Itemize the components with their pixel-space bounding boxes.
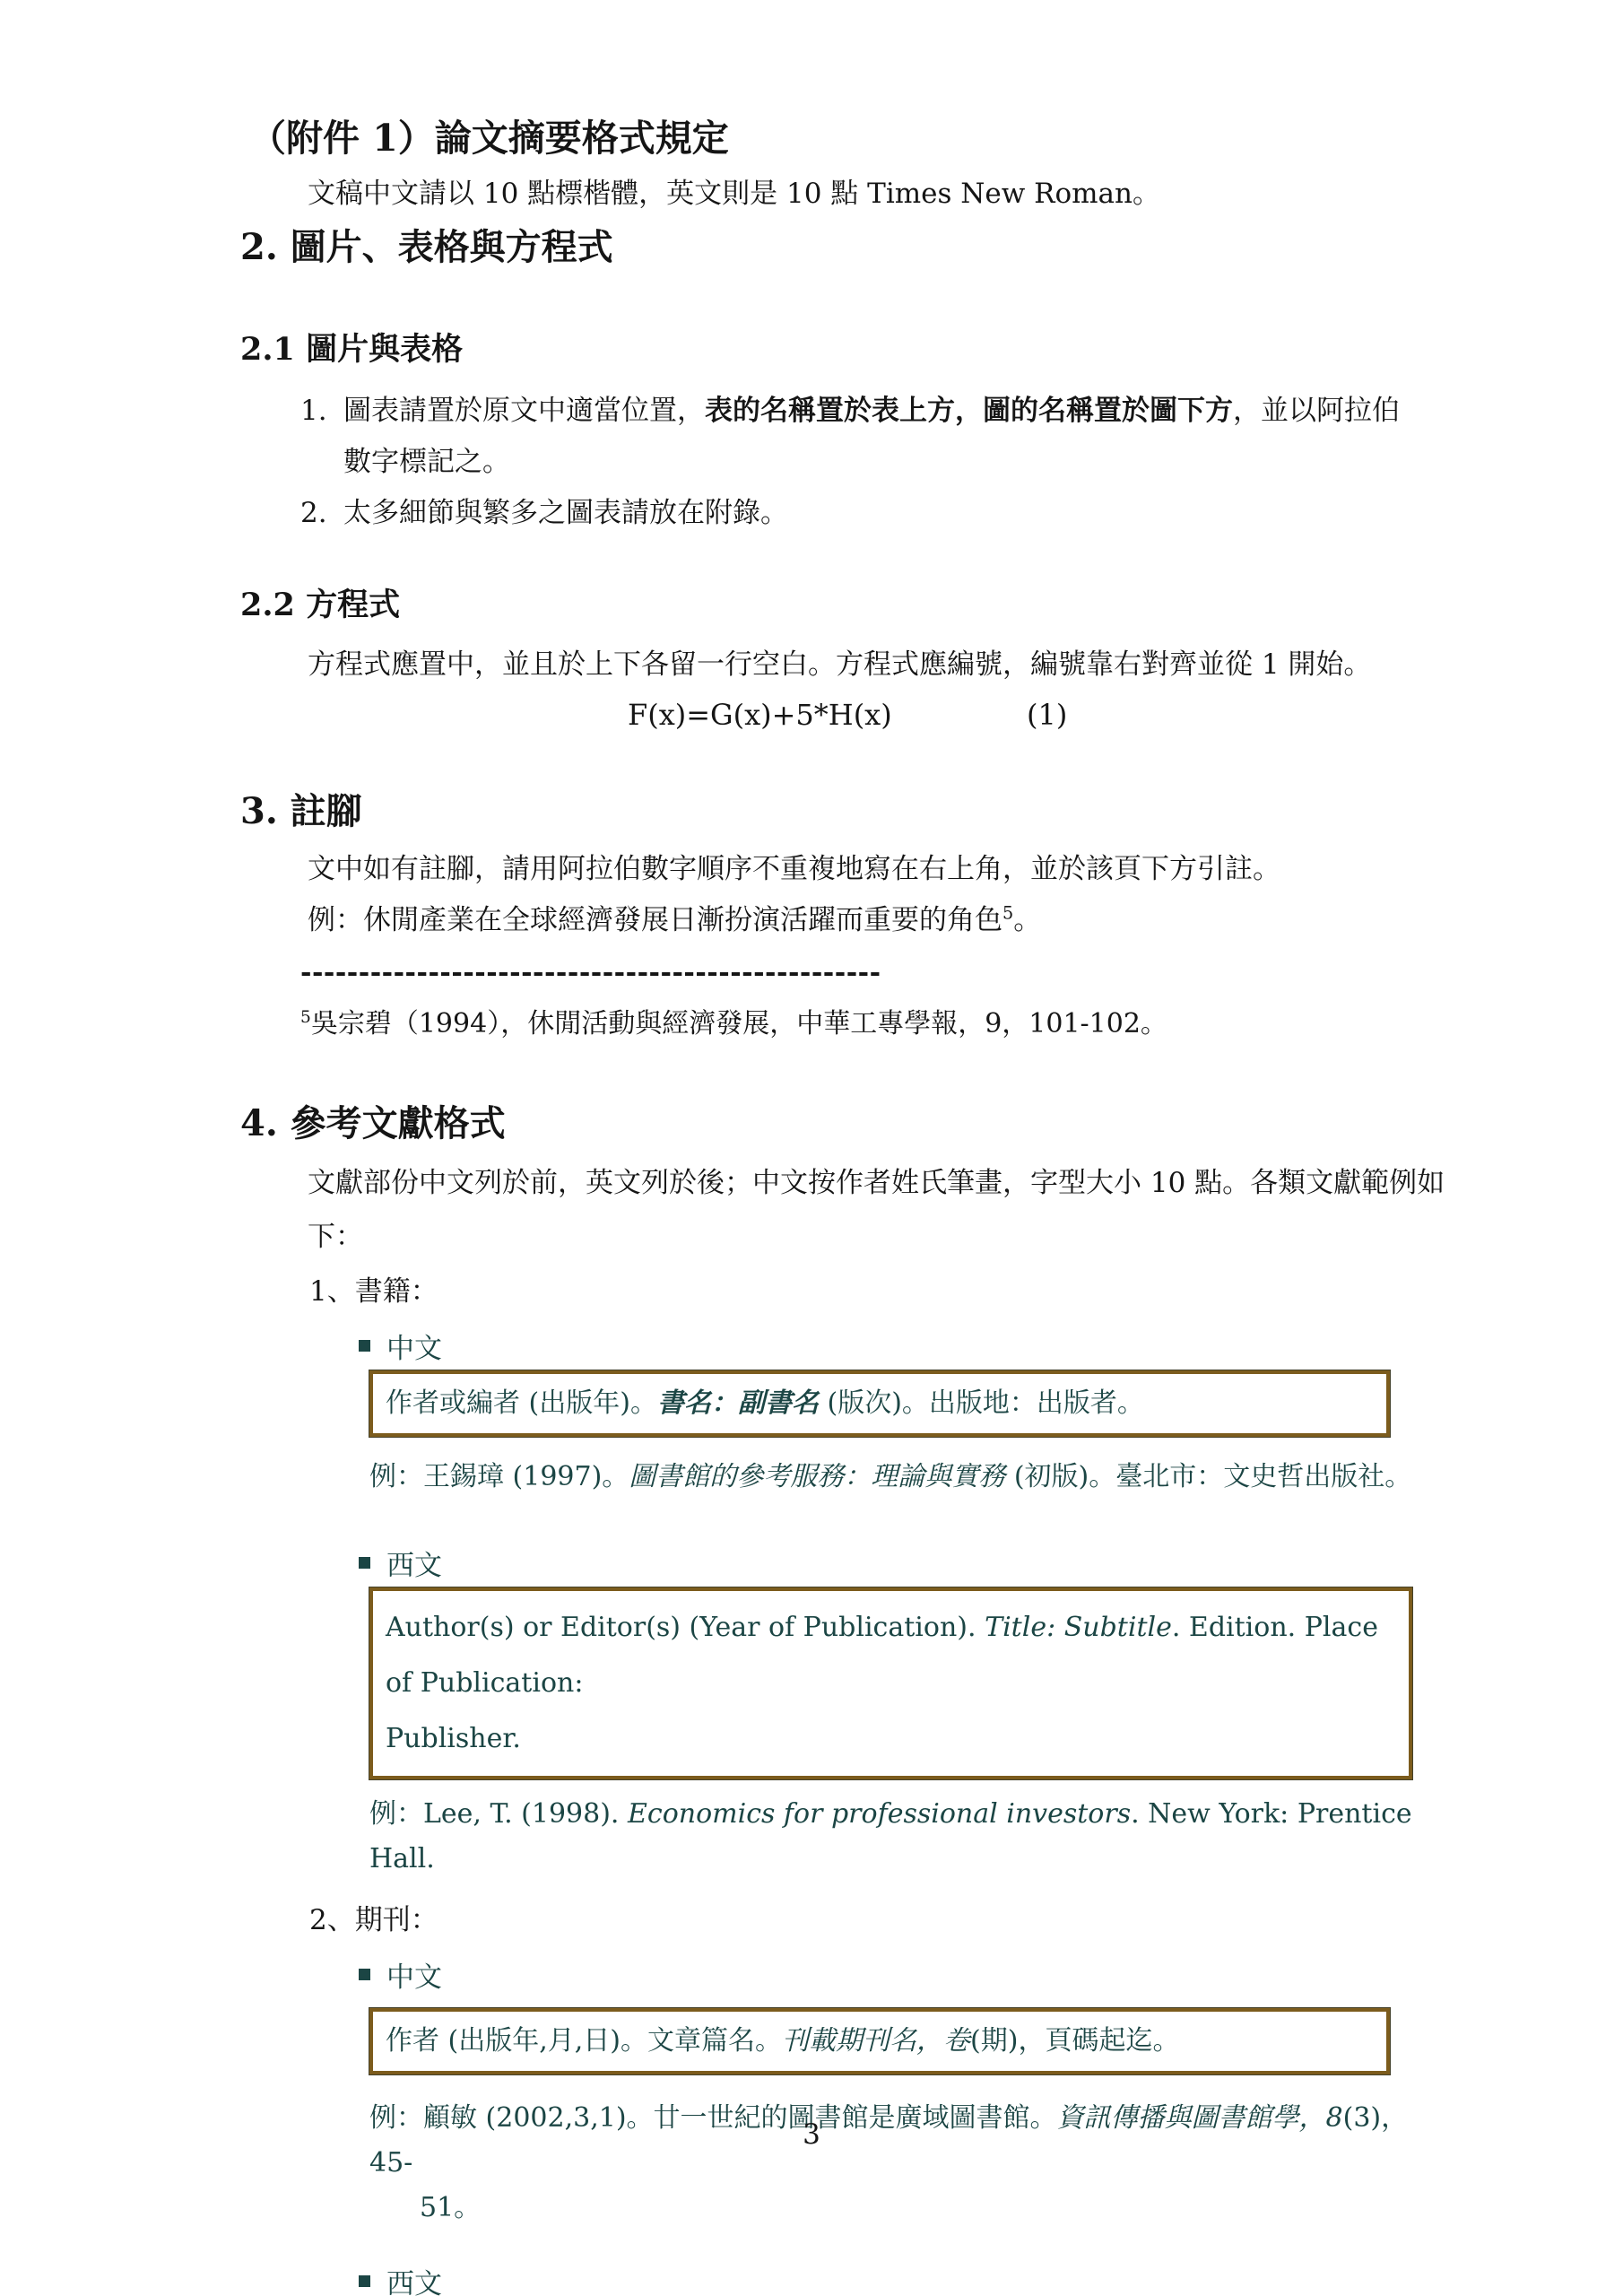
list-item-text-bold: 表的名稱置於表上方，圖的名稱置於圖下方 <box>705 395 1233 427</box>
example-text-regular: 例：Lee, T. (1998). <box>369 1798 628 1830</box>
example-text-regular: 例：王錫璋 (1997)。 <box>369 1461 629 1492</box>
bullet-row-journals-chinese: 中文 <box>359 1954 1453 1994</box>
list-item-number: 1. <box>300 386 343 488</box>
reference-format-text: 作者 (出版年,月,日)。文章篇名。刊載期刊名，卷(期)，頁碼起迄。 <box>373 2012 1386 2071</box>
footnote-divider-dashes: ----------------------------------------… <box>300 957 1453 989</box>
reference-group-label-books: 1、書籍： <box>309 1267 1453 1317</box>
example-text-regular: (初版)。臺北市：文史哲出版社。 <box>1005 1461 1411 1492</box>
footnote-example-line: 例：休閒產業在全球經濟發展日漸扮演活躍而重要的角色5。 <box>308 895 1453 946</box>
example-text-italic: 圖書館的參考服務：理論與實務 <box>629 1461 1005 1492</box>
reference-format-text: Author(s) or Editor(s) (Year of Publicat… <box>373 1591 1409 1776</box>
square-bullet-icon <box>359 2275 370 2287</box>
reference-example-books-chinese: 例：王錫璋 (1997)。圖書館的參考服務：理論與實務 (初版)。臺北市：文史哲… <box>369 1455 1436 1500</box>
list-item-text-regular: 圖表請置於原文中適當位置， <box>343 395 705 427</box>
list-item-text: 太多細節與繁多之圖表請放在附錄。 <box>343 488 1410 539</box>
format-line: Author(s) or Editor(s) (Year of Publicat… <box>386 1600 1396 1711</box>
bullet-row-books-chinese: 中文 <box>359 1326 1453 1365</box>
section-heading-references: 4. 參考文獻格式 <box>240 1099 1453 1149</box>
document-title: （附件 1）論文摘要格式規定 <box>249 113 1453 163</box>
list-item: 1. 圖表請置於原文中適當位置，表的名稱置於表上方，圖的名稱置於圖下方，並以阿拉… <box>300 386 1453 488</box>
section-heading-footnotes: 3. 註腳 <box>240 787 1453 837</box>
square-bullet-icon <box>359 1969 370 1980</box>
list-item-number: 2. <box>300 488 343 539</box>
reference-example-journals-chinese: 例：顧敏 (2002,3,1)。廿一世紀的圖書館是廣域圖書館。資訊傳播與圖書館學… <box>369 2096 1436 2231</box>
footnote-citation-superscript: 5 <box>300 1008 311 1027</box>
reference-example-books-western: 例：Lee, T. (1998). Economics for professi… <box>369 1792 1436 1882</box>
footnote-example-period: 。 <box>1013 904 1041 936</box>
format-line: Publisher. <box>386 1711 1396 1767</box>
format-text-regular: (版次)。出版地：出版者。 <box>819 1387 1144 1419</box>
footnote-citation-text: 吳宗碧（1994），休閒活動與經濟發展，中華工專學報，9，101-102。 <box>311 1008 1167 1039</box>
intro-paragraph: 文稿中文請以 10 點標楷體，英文則是 10 點 Times New Roman… <box>308 172 1453 215</box>
footnote-example-text: 例：休閒產業在全球經濟發展日漸扮演活躍而重要的角色 <box>308 904 1002 936</box>
bullet-label: 中文 <box>386 1326 442 1366</box>
reference-format-box-journals-chinese: 作者 (出版年,月,日)。文章篇名。刊載期刊名，卷(期)，頁碼起迄。 <box>369 2008 1390 2074</box>
page-number: 3 <box>0 2118 1623 2151</box>
example-line-continuation: 51。 <box>369 2186 1436 2231</box>
square-bullet-icon <box>359 1557 370 1569</box>
bullet-label: 西文 <box>386 2261 442 2296</box>
reference-format-box-books-western: Author(s) or Editor(s) (Year of Publicat… <box>369 1587 1412 1779</box>
bullet-row-journals-western: 西文 <box>359 2261 1453 2296</box>
format-text-regular: 作者或編者 (出版年)。 <box>386 1387 657 1419</box>
bullet-label: 西文 <box>386 1543 442 1583</box>
reference-format-text: 作者或編者 (出版年)。書名：副書名 (版次)。出版地：出版者。 <box>373 1374 1386 1433</box>
references-paragraph: 文獻部份中文列於前，英文列於後；中文按作者姓氏筆畫，字型大小 10 點。各類文獻… <box>308 1156 1453 1264</box>
subsection-heading-equations: 2.2 方程式 <box>240 584 1453 627</box>
document-page: （附件 1）論文摘要格式規定 文稿中文請以 10 點標楷體，英文則是 10 點 … <box>0 0 1623 2296</box>
equations-paragraph: 方程式應置中，並且於上下各留一行空白。方程式應編號，編號靠右對齊並從 1 開始。 <box>308 639 1453 691</box>
example-text-italic: Economics for professional investors <box>628 1798 1131 1830</box>
section-heading-figures-tables-equations: 2. 圖片、表格與方程式 <box>240 222 1453 273</box>
list-item: 2. 太多細節與繁多之圖表請放在附錄。 <box>300 488 1453 539</box>
reference-format-box-books-chinese: 作者或編者 (出版年)。書名：副書名 (版次)。出版地：出版者。 <box>369 1370 1390 1437</box>
square-bullet-icon <box>359 1340 370 1352</box>
format-text-italic: 刊載期刊名，卷 <box>782 2025 970 2057</box>
subsection-heading-figures-tables: 2.1 圖片與表格 <box>240 328 1453 371</box>
equation-row: F(x)=G(x)+5*H(x) (1) <box>240 691 1453 742</box>
footnotes-paragraph: 文中如有註腳，請用阿拉伯數字順序不重複地寫在右上角，並於該頁下方引註。 <box>308 844 1453 895</box>
footnote-citation-line: 5吳宗碧（1994），休閒活動與經濟發展，中華工專學報，9，101-102。 <box>300 1002 1453 1047</box>
reference-group-label-journals: 2、期刊： <box>309 1896 1453 1945</box>
format-text-bold-italic: 書名：副書名 <box>657 1387 819 1419</box>
bullet-label: 中文 <box>386 1954 442 1995</box>
list-item-text: 圖表請置於原文中適當位置，表的名稱置於表上方，圖的名稱置於圖下方，並以阿拉伯數字… <box>343 386 1410 488</box>
figures-rules-list: 1. 圖表請置於原文中適當位置，表的名稱置於表上方，圖的名稱置於圖下方，並以阿拉… <box>300 386 1453 539</box>
equation-number: (1) <box>1027 698 1067 732</box>
equation-formula: F(x)=G(x)+5*H(x) <box>628 698 892 732</box>
format-text-regular: 作者 (出版年,月,日)。文章篇名。 <box>386 2025 782 2057</box>
page-content: （附件 1）論文摘要格式規定 文稿中文請以 10 點標楷體，英文則是 10 點 … <box>240 0 1453 2296</box>
format-text-regular: (期)，頁碼起迄。 <box>970 2025 1179 2057</box>
format-text-regular: Author(s) or Editor(s) (Year of Publicat… <box>386 1612 985 1643</box>
footnote-superscript: 5 <box>1002 903 1013 924</box>
format-text-italic: Title: Subtitle <box>985 1612 1172 1643</box>
bullet-row-books-western: 西文 <box>359 1543 1453 1582</box>
